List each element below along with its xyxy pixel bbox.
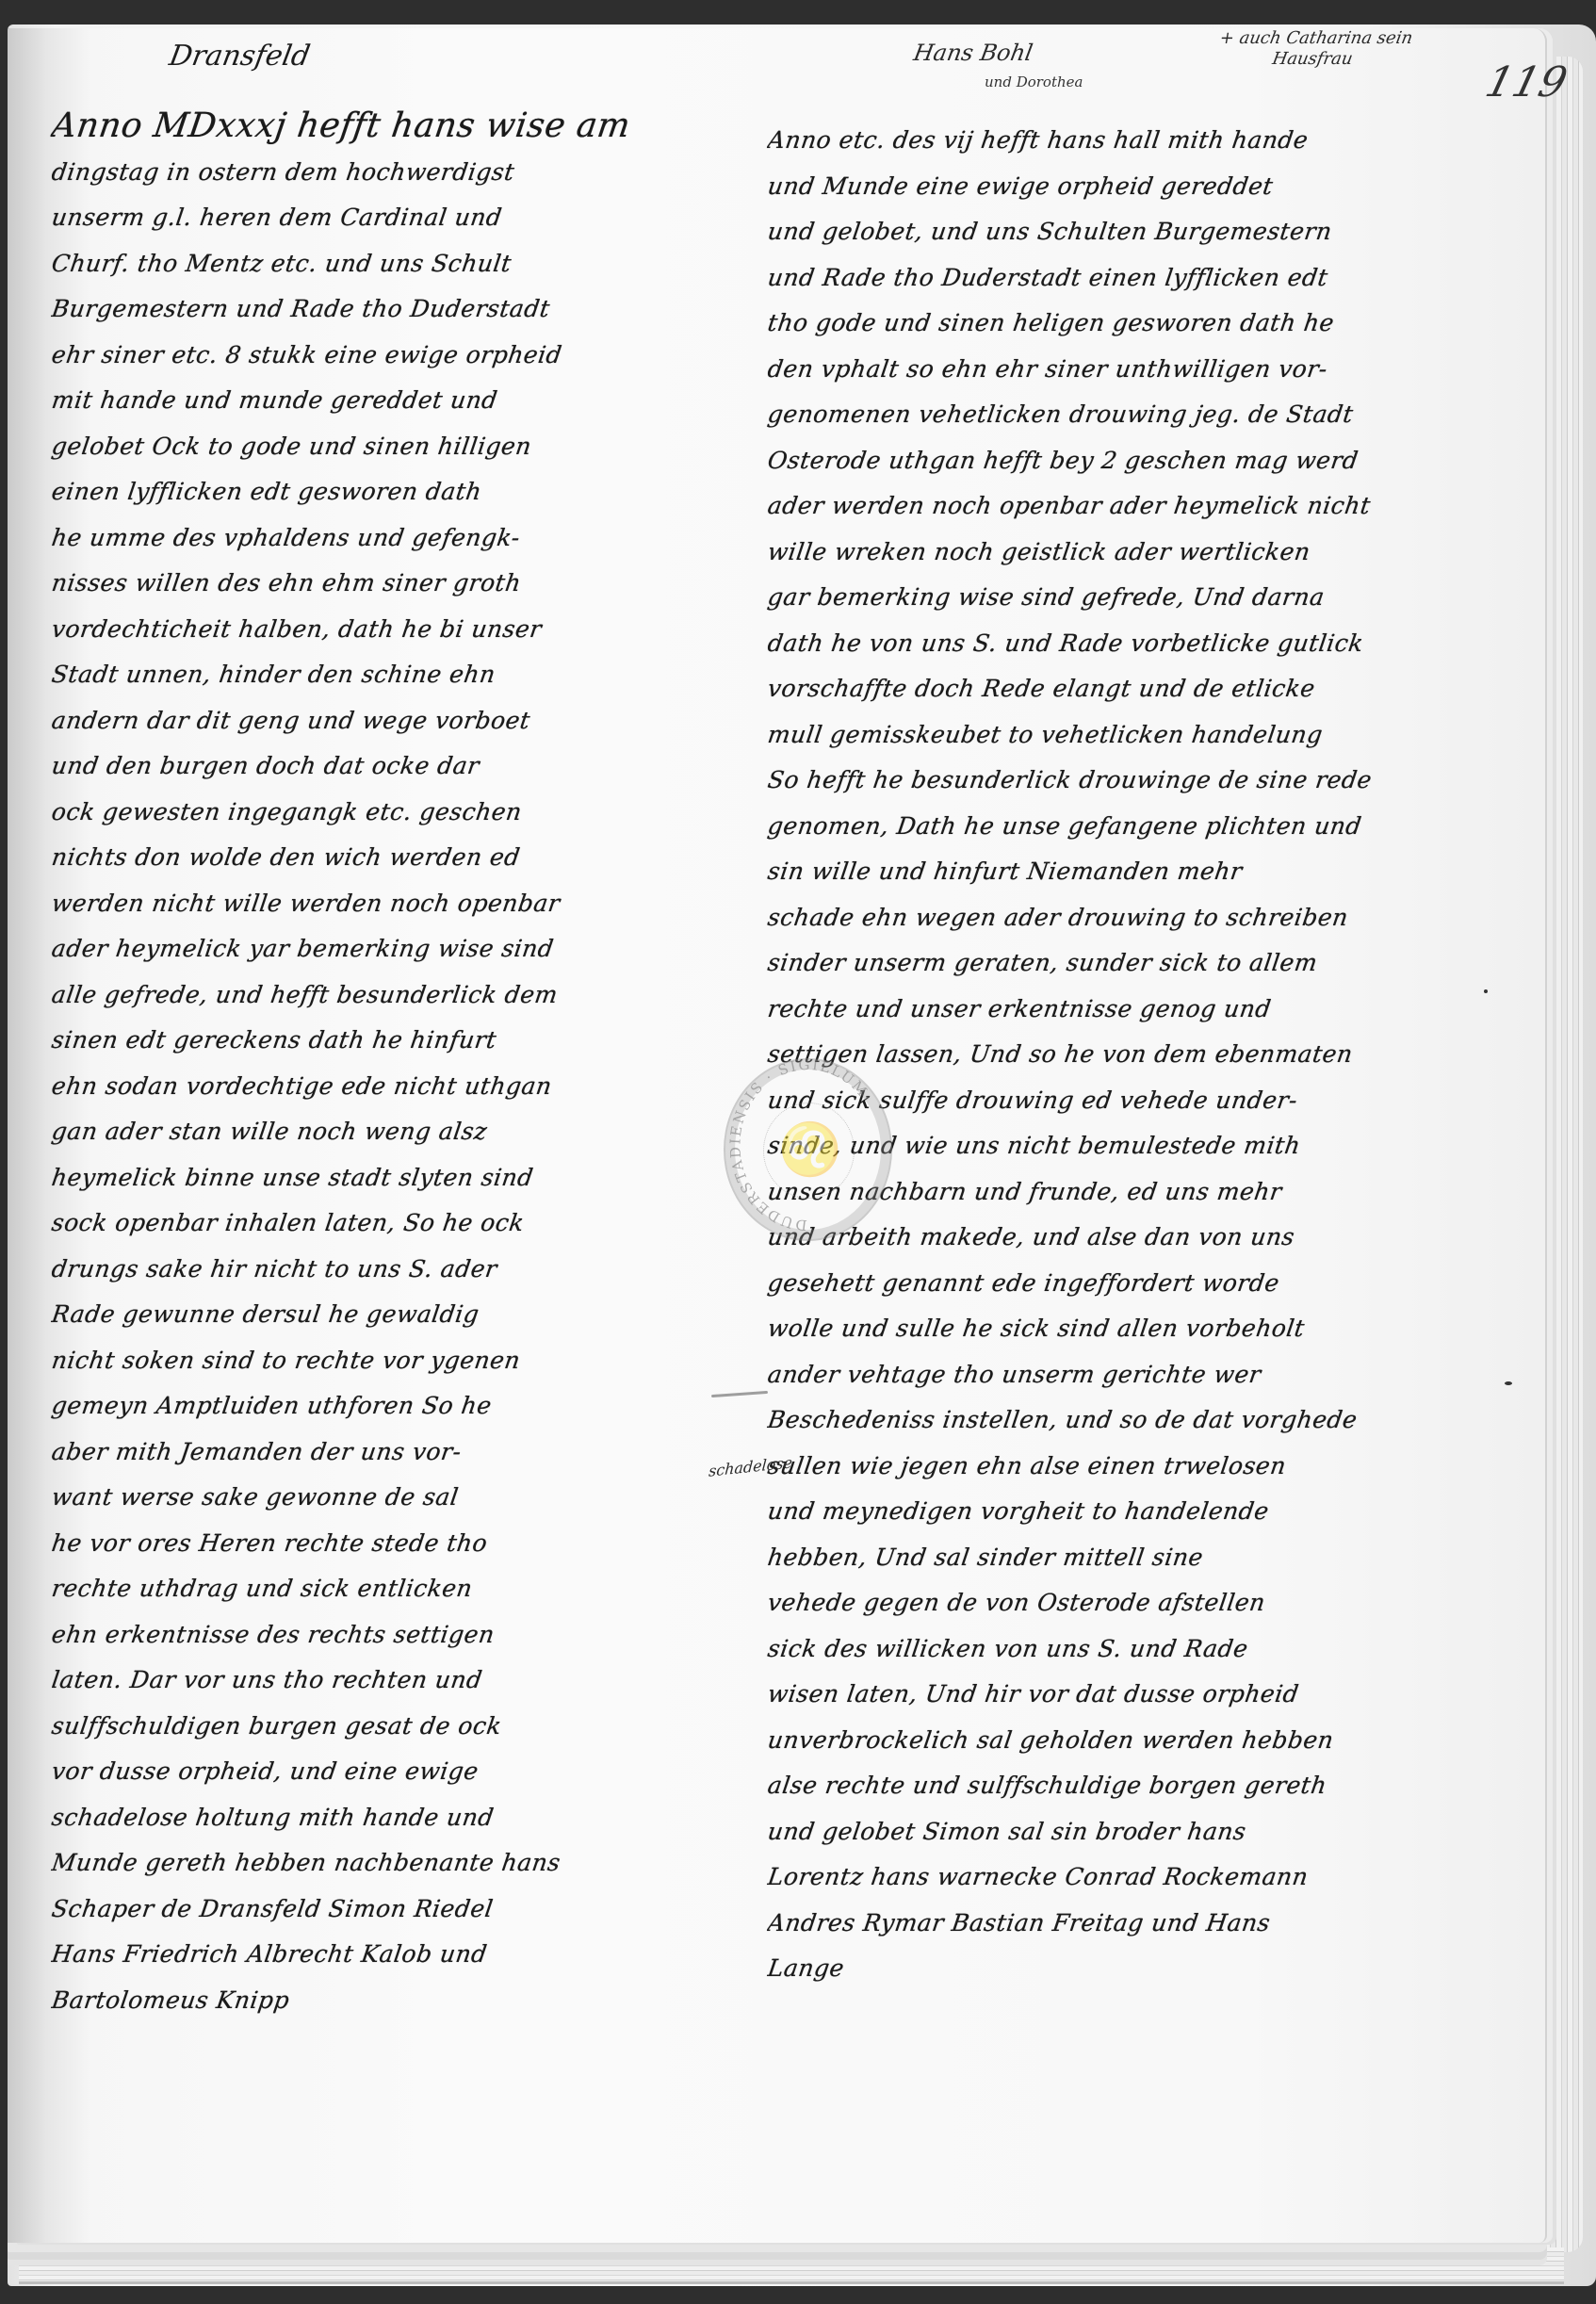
manuscript-line: genomenen vehetlicken drouwing jeg. de S… bbox=[765, 392, 1488, 438]
manuscript-line: alse rechte und sulffschuldige borgen ge… bbox=[765, 1763, 1488, 1809]
manuscript-line: mull gemisskeubet to vehetlicken handelu… bbox=[765, 712, 1488, 759]
manuscript-line: rechte und unser erkentnisse genog und bbox=[765, 987, 1488, 1033]
manuscript-line: schadelose holtung mith hande und bbox=[49, 1795, 696, 1841]
annotation-line: Hausfrau bbox=[1169, 49, 1456, 70]
page-right-edge bbox=[1545, 57, 1583, 2252]
manuscript-line: drungs sake hir nicht to uns S. ader bbox=[49, 1247, 696, 1293]
manuscript-line: wille wreken noch geistlick ader wertlic… bbox=[765, 530, 1488, 576]
manuscript-line: und gelobet, und uns Schulten Burgemeste… bbox=[765, 209, 1488, 255]
manuscript-line: und den burgen doch dat ocke dar bbox=[49, 743, 696, 790]
manuscript-line: Lange bbox=[765, 1946, 1488, 1992]
manuscript-line: Lorentz hans warnecke Conrad Rockemann bbox=[765, 1855, 1488, 1901]
manuscript-line: und gelobet Simon sal sin broder hans bbox=[765, 1809, 1488, 1855]
manuscript-line: und Munde eine ewige orpheid gereddet bbox=[765, 164, 1488, 210]
manuscript-line: Burgemestern und Rade tho Duderstadt bbox=[49, 286, 696, 333]
manuscript-line: werden nicht wille werden noch openbar bbox=[49, 881, 696, 927]
manuscript-line: So hefft he besunderlick drouwinge de si… bbox=[765, 758, 1488, 804]
manuscript-line: ehr siner etc. 8 stukk eine ewige orphei… bbox=[49, 333, 696, 379]
manuscript-line: wisen laten, Und hir vor dat dusse orphe… bbox=[765, 1672, 1488, 1718]
manuscript-line: Osterode uthgan hefft bey 2 geschen mag … bbox=[765, 438, 1488, 484]
page-bottom-edge bbox=[19, 2247, 1564, 2284]
manuscript-line: ock gewesten ingegangk etc. geschen bbox=[49, 790, 696, 836]
manuscript-line: Anno etc. des vij hefft hans hall mith h… bbox=[765, 118, 1488, 164]
manuscript-line: unserm g.l. heren dem Cardinal und bbox=[49, 195, 696, 241]
library-stamp: DUDERSTADIENSIS · SIGILLUM ♌ bbox=[724, 1058, 892, 1241]
manuscript-line: vor dusse orpheid, und eine ewige bbox=[49, 1749, 696, 1795]
manuscript-line: Andres Rymar Bastian Freitag und Hans bbox=[765, 1901, 1488, 1947]
manuscript-line: ehn erkentnisse des rechts settigen bbox=[49, 1612, 696, 1659]
manuscript-line: sock openbar inhalen laten, So he ock bbox=[49, 1201, 696, 1247]
manuscript-line: und meynedigen vorgheit to handelende bbox=[765, 1489, 1488, 1535]
manuscript-line: ader werden noch openbar ader heymelick … bbox=[765, 483, 1488, 530]
manuscript-line: Stadt unnen, hinder den schine ehn bbox=[49, 652, 696, 698]
manuscript-line: unverbrockelich sal geholden werden hebb… bbox=[765, 1718, 1488, 1764]
manuscript-line: hebben, Und sal sinder mittell sine bbox=[765, 1535, 1488, 1581]
manuscript-line: alle gefrede, und hefft besunderlick dem bbox=[49, 972, 696, 1019]
manuscript-line: Anno MDxxxj hefft hans wise am bbox=[49, 104, 696, 150]
manuscript-line: ander vehtage tho unserm gerichte wer bbox=[765, 1352, 1488, 1398]
manuscript-line: sulffschuldigen burgen gesat de ock bbox=[49, 1704, 696, 1750]
manuscript-line: Hans Friedrich Albrecht Kalob und bbox=[49, 1932, 696, 1978]
manuscript-line: tho gode und sinen heligen gesworen dath… bbox=[765, 301, 1488, 347]
manuscript-line: Schaper de Dransfeld Simon Riedel bbox=[49, 1887, 696, 1933]
manuscript-line: gesehett genannt ede ingeffordert worde bbox=[765, 1261, 1488, 1307]
manuscript-line: nisses willen des ehn ehm siner groth bbox=[49, 561, 696, 607]
manuscript-line: schade ehn wegen ader drouwing to schrei… bbox=[765, 895, 1488, 941]
manuscript-line: Munde gereth hebben nachbenante hans bbox=[49, 1840, 696, 1887]
manuscript-line: sin wille und hinfurt Niemanden mehr bbox=[765, 849, 1488, 895]
manuscript-line: gar bemerking wise sind gefrede, Und dar… bbox=[765, 575, 1488, 621]
manuscript-line: mit hande und munde gereddet und bbox=[49, 378, 696, 424]
manuscript-line: gan ader stan wille noch weng alsz bbox=[49, 1109, 696, 1155]
manuscript-line: sinen edt gereckens dath he hinfurt bbox=[49, 1018, 696, 1064]
manuscript-line: gemeyn Amptluiden uthforen So he bbox=[49, 1383, 696, 1430]
manuscript-line: sullen wie jegen ehn alse einen trwelose… bbox=[765, 1444, 1488, 1490]
manuscript-line: nichts don wolde den wich werden ed bbox=[49, 835, 696, 881]
manuscript-line: genomen, Dath he unse gefangene plichten… bbox=[765, 804, 1488, 850]
manuscript-line: he umme des vphaldens und gefengk- bbox=[49, 515, 696, 562]
ink-spot bbox=[1505, 1381, 1512, 1385]
manuscript-line: dingstag in ostern dem hochwerdigst bbox=[49, 150, 696, 196]
manuscript-line: dath he von uns S. und Rade vorbetlicke … bbox=[765, 621, 1488, 667]
manuscript-line: ader heymelick yar bemerking wise sind bbox=[49, 926, 696, 972]
manuscript-line: Churf. tho Mentz etc. und uns Schult bbox=[49, 241, 696, 287]
manuscript-line: heymelick binne unse stadt slyten sind bbox=[49, 1155, 696, 1201]
manuscript-line: den vphalt so ehn ehr siner unthwilligen… bbox=[765, 347, 1488, 393]
manuscript-line: he vor ores Heren rechte stede tho bbox=[49, 1521, 696, 1567]
manuscript-line: sinder unserm geraten, sunder sick to al… bbox=[765, 940, 1488, 987]
right-column-heading: Hans Bohl bbox=[912, 40, 1035, 66]
left-text-column: Anno MDxxxj hefft hans wise amdingstag i… bbox=[52, 104, 692, 2023]
manuscript-line: laten. Dar vor uns tho rechten und bbox=[49, 1658, 696, 1704]
manuscript-line: nicht soken sind to rechte vor ygenen bbox=[49, 1338, 696, 1384]
manuscript-line: rechte uthdrag und sick entlicken bbox=[49, 1566, 696, 1612]
manuscript-line: sick des willicken von uns S. und Rade bbox=[765, 1626, 1488, 1673]
ink-spot bbox=[1484, 989, 1488, 993]
top-right-annotation: + auch Catharina sein Hausfrau bbox=[1169, 28, 1459, 70]
right-text-column: Anno etc. des vij hefft hans hall mith h… bbox=[768, 118, 1484, 1992]
folio-number: 119 bbox=[1481, 58, 1572, 106]
interlinear-insertion: und Dorothea bbox=[985, 74, 1083, 90]
manuscript-line: vordechticheit halben, dath he bi unser bbox=[49, 607, 696, 653]
manuscript-line: einen lyfflicken edt gesworen dath bbox=[49, 469, 696, 515]
manuscript-line: aber mith Jemanden der uns vor- bbox=[49, 1430, 696, 1476]
manuscript-line: Bartolomeus Knipp bbox=[49, 1978, 696, 2024]
manuscript-line: want werse sake gewonne de sal bbox=[49, 1475, 696, 1521]
manuscript-line: Rade gewunne dersul he gewaldig bbox=[49, 1292, 696, 1338]
manuscript-line: gelobet Ock to gode und sinen hilligen bbox=[49, 424, 696, 470]
manuscript-line: vorschaffte doch Rede elangt und de etli… bbox=[765, 666, 1488, 712]
manuscript-line: wolle und sulle he sick sind allen vorbe… bbox=[765, 1306, 1488, 1352]
manuscript-line: ehn sodan vordechtige ede nicht uthgan bbox=[49, 1064, 696, 1110]
left-column-heading: Dransfeld bbox=[167, 40, 313, 73]
lion-emblem-icon: ♌ bbox=[777, 1119, 843, 1180]
manuscript-line: Beschedeniss instellen, und so de dat vo… bbox=[765, 1397, 1488, 1444]
manuscript-line: und Rade tho Duderstadt einen lyfflicken… bbox=[765, 255, 1488, 302]
manuscript-line: andern dar dit geng und wege vorboet bbox=[49, 698, 696, 744]
annotation-line: + auch Catharina sein bbox=[1173, 28, 1459, 49]
manuscript-line: vehede gegen de von Osterode afstellen bbox=[765, 1580, 1488, 1626]
